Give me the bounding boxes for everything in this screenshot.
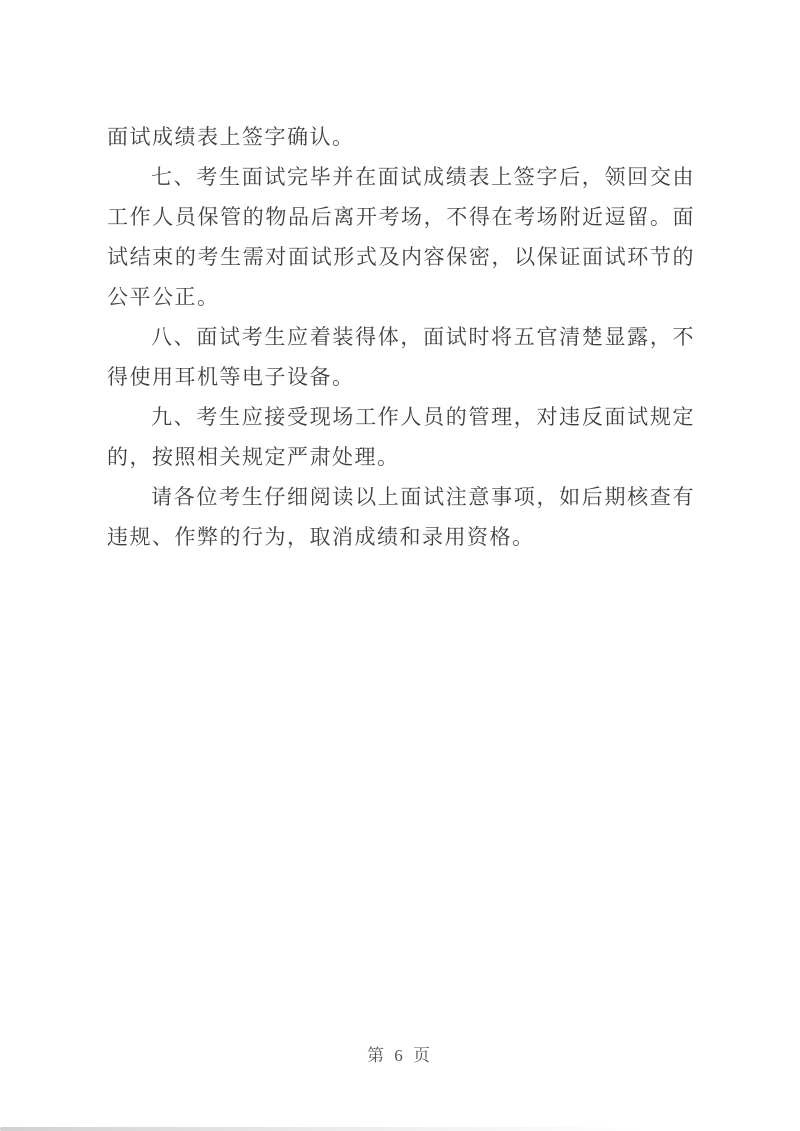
text-line: 请各位考生仔细阅读以上面试注意事项，如后期核查有 (107, 477, 695, 517)
paragraph-continued: 面试成绩表上签字确认。 (107, 117, 695, 157)
text-line: 违规、作弊的行为，取消成绩和录用资格。 (107, 517, 695, 557)
text-line: 的，按照相关规定严肃处理。 (107, 437, 695, 477)
paragraph-closing: 请各位考生仔细阅读以上面试注意事项，如后期核查有 违规、作弊的行为，取消成绩和录… (107, 477, 695, 557)
text-line: 试结束的考生需对面试形式及内容保密，以保证面试环节的 (107, 237, 695, 277)
paragraph-item-9: 九、考生应接受现场工作人员的管理，对违反面试规定 的，按照相关规定严肃处理。 (107, 397, 695, 477)
text-line: 公平公正。 (107, 277, 695, 317)
text-line: 得使用耳机等电子设备。 (107, 357, 695, 397)
document-page: 面试成绩表上签字确认。 七、考生面试完毕并在面试成绩表上签字后，领回交由 工作人… (0, 0, 800, 1131)
text-line: 八、面试考生应着装得体，面试时将五官清楚显露，不 (107, 317, 695, 357)
paragraph-item-8: 八、面试考生应着装得体，面试时将五官清楚显露，不 得使用耳机等电子设备。 (107, 317, 695, 397)
text-line: 工作人员保管的物品后离开考场，不得在考场附近逗留。面 (107, 197, 695, 237)
text-line: 七、考生面试完毕并在面试成绩表上签字后，领回交由 (107, 157, 695, 197)
text-line: 面试成绩表上签字确认。 (107, 117, 695, 157)
page-number: 第 6 页 (0, 1044, 800, 1068)
text-line: 九、考生应接受现场工作人员的管理，对违反面试规定 (107, 397, 695, 437)
paragraph-item-7: 七、考生面试完毕并在面试成绩表上签字后，领回交由 工作人员保管的物品后离开考场，… (107, 157, 695, 317)
document-body: 面试成绩表上签字确认。 七、考生面试完毕并在面试成绩表上签字后，领回交由 工作人… (107, 117, 695, 557)
scan-edge-artifact (0, 1127, 680, 1131)
